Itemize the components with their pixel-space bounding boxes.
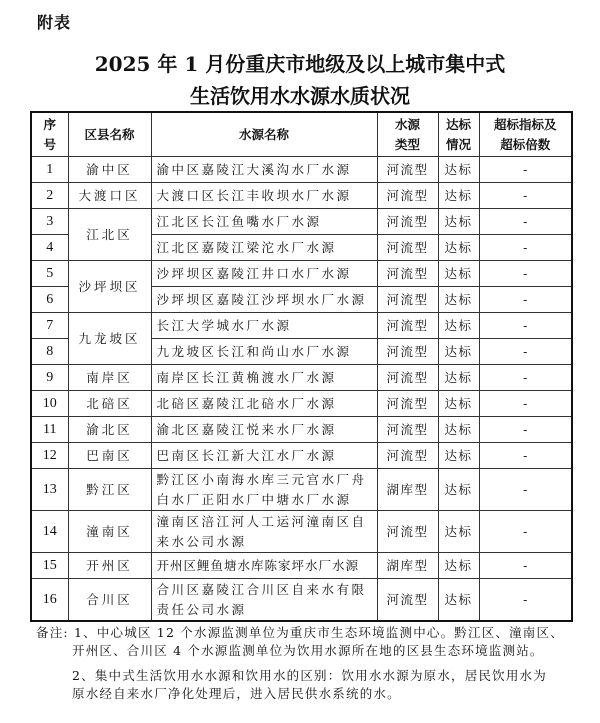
cell-seq: 2: [31, 183, 68, 209]
note-2-line-2: 原水经自来水厂净化处理后，进入居民供水系统的水。: [36, 685, 576, 703]
cell-district: 渝北区: [68, 417, 151, 443]
cell-seq: 16: [31, 579, 68, 622]
cell-source: 九龙坡区长江和尚山水厂水源: [151, 339, 377, 365]
cell-exceed: -: [479, 365, 572, 391]
cell-status: 达标: [438, 511, 479, 553]
cell-district: 渝中区: [68, 157, 151, 183]
cell-status: 达标: [438, 313, 479, 339]
cell-status: 达标: [438, 553, 479, 579]
cell-district: 黔江区: [68, 469, 151, 511]
note-1-line-2: 开州区、合川区 4 个水源监测单位为饮用水源所在地的区县生态环境监测站。: [36, 642, 576, 660]
header-source: 水源名称: [151, 112, 377, 157]
cell-status: 达标: [438, 365, 479, 391]
table-row: 7 九龙坡区 长江大学城水厂水源 河流型 达标 -: [31, 313, 572, 339]
header-type: 水源类型: [377, 112, 438, 157]
table-row: 12 巴南区 巴南区长江新大江水厂水源 河流型 达标 -: [31, 443, 572, 469]
water-quality-table: 序号 区县名称 水源名称 水源类型 达标情况 超标指标及超标倍数 1 渝中区 渝…: [30, 111, 573, 622]
cell-district: 南岸区: [68, 365, 151, 391]
cell-seq: 7: [31, 313, 68, 339]
table-row: 13 黔江区 黔江区小南海水库三元宫水厂舟白水厂正阳水厂中塘水厂水源 湖库型 达…: [31, 469, 572, 511]
cell-status: 达标: [438, 235, 479, 261]
cell-status: 达标: [438, 469, 479, 511]
cell-district: 潼南区: [68, 511, 151, 553]
cell-status: 达标: [438, 183, 479, 209]
cell-district: 沙坪坝区: [68, 261, 151, 313]
table-row: 14 潼南区 潼南区涪江河人工运河潼南区自来水公司水源 河流型 达标 -: [31, 511, 572, 553]
cell-status: 达标: [438, 339, 479, 365]
cell-seq: 15: [31, 553, 68, 579]
table-row: 11 渝北区 渝北区嘉陵江悦来水厂水源 河流型 达标 -: [31, 417, 572, 443]
cell-type: 湖库型: [377, 469, 438, 511]
cell-type: 河流型: [377, 417, 438, 443]
table-row: 15 开州区 开州区鲤鱼塘水库陈家坪水厂水源 湖库型 达标 -: [31, 553, 572, 579]
notes-section: 备注: 1、中心城区 12 个水源监测单位为重庆市生态环境监测中心。黔江区、潼南…: [36, 624, 576, 703]
cell-source: 南岸区长江黄桷渡水厂水源: [151, 365, 377, 391]
note-2-line-1: 2、集中式生活饮用水水源和饮用水的区别：饮用水水源为原水，居民饮用水为: [36, 667, 576, 685]
cell-district: 合川区: [68, 579, 151, 622]
cell-type: 河流型: [377, 339, 438, 365]
cell-seq: 9: [31, 365, 68, 391]
cell-seq: 3: [31, 209, 68, 235]
cell-exceed: -: [479, 235, 572, 261]
cell-exceed: -: [479, 157, 572, 183]
header-status: 达标情况: [438, 112, 479, 157]
cell-district: 大渡口区: [68, 183, 151, 209]
cell-type: 河流型: [377, 287, 438, 313]
cell-district: 九龙坡区: [68, 313, 151, 365]
cell-source: 沙坪坝区嘉陵江井口水厂水源: [151, 261, 377, 287]
cell-exceed: -: [479, 287, 572, 313]
cell-district: 开州区: [68, 553, 151, 579]
page-title-line-1: 2025 年 1 月份重庆市地级及以上城市集中式: [0, 48, 600, 77]
cell-seq: 14: [31, 511, 68, 553]
cell-type: 河流型: [377, 313, 438, 339]
cell-type: 河流型: [377, 511, 438, 553]
cell-status: 达标: [438, 443, 479, 469]
cell-source: 江北区长江鱼嘴水厂水源: [151, 209, 377, 235]
cell-district: 江北区: [68, 209, 151, 261]
cell-district: 北碚区: [68, 391, 151, 417]
cell-source: 渝中区嘉陵江大溪沟水厂水源: [151, 157, 377, 183]
cell-exceed: -: [479, 417, 572, 443]
cell-exceed: -: [479, 209, 572, 235]
cell-exceed: -: [479, 339, 572, 365]
cell-exceed: -: [479, 183, 572, 209]
cell-source: 潼南区涪江河人工运河潼南区自来水公司水源: [151, 511, 377, 553]
cell-source: 合川区嘉陵江合川区自来水有限责任公司水源: [151, 579, 377, 622]
table-header-row: 序号 区县名称 水源名称 水源类型 达标情况 超标指标及超标倍数: [31, 112, 572, 157]
cell-type: 湖库型: [377, 553, 438, 579]
cell-source: 北碚区嘉陵江北碚水厂水源: [151, 391, 377, 417]
page-title-line-2: 生活饮用水水源水质状况: [0, 80, 600, 109]
cell-source: 长江大学城水厂水源: [151, 313, 377, 339]
cell-status: 达标: [438, 391, 479, 417]
cell-type: 河流型: [377, 443, 438, 469]
cell-seq: 4: [31, 235, 68, 261]
cell-exceed: -: [479, 443, 572, 469]
cell-type: 河流型: [377, 157, 438, 183]
header-seq: 序号: [31, 112, 68, 157]
cell-seq: 10: [31, 391, 68, 417]
appendix-label: 附表: [37, 10, 71, 33]
cell-exceed: -: [479, 261, 572, 287]
cell-status: 达标: [438, 209, 479, 235]
cell-seq: 12: [31, 443, 68, 469]
notes-label: 备注:: [36, 625, 69, 640]
header-district: 区县名称: [68, 112, 151, 157]
cell-seq: 1: [31, 157, 68, 183]
table-row: 9 南岸区 南岸区长江黄桷渡水厂水源 河流型 达标 -: [31, 365, 572, 391]
cell-exceed: -: [479, 579, 572, 622]
note-1-line-1: 备注: 1、中心城区 12 个水源监测单位为重庆市生态环境监测中心。黔江区、潼南…: [36, 624, 576, 642]
table-row: 1 渝中区 渝中区嘉陵江大溪沟水厂水源 河流型 达标 -: [31, 157, 572, 183]
cell-type: 河流型: [377, 183, 438, 209]
cell-district: 巴南区: [68, 443, 151, 469]
cell-exceed: -: [479, 511, 572, 553]
table-row: 5 沙坪坝区 沙坪坝区嘉陵江井口水厂水源 河流型 达标 -: [31, 261, 572, 287]
table-row: 3 江北区 江北区长江鱼嘴水厂水源 河流型 达标 -: [31, 209, 572, 235]
cell-status: 达标: [438, 579, 479, 622]
table-row: 2 大渡口区 大渡口区长江丰收坝水厂水源 河流型 达标 -: [31, 183, 572, 209]
cell-type: 河流型: [377, 209, 438, 235]
cell-seq: 11: [31, 417, 68, 443]
cell-source: 开州区鲤鱼塘水库陈家坪水厂水源: [151, 553, 377, 579]
cell-source: 大渡口区长江丰收坝水厂水源: [151, 183, 377, 209]
cell-type: 河流型: [377, 579, 438, 622]
cell-source: 渝北区嘉陵江悦来水厂水源: [151, 417, 377, 443]
cell-status: 达标: [438, 287, 479, 313]
cell-type: 河流型: [377, 365, 438, 391]
cell-type: 河流型: [377, 235, 438, 261]
cell-source: 沙坪坝区嘉陵江沙坪坝水厂水源: [151, 287, 377, 313]
cell-exceed: -: [479, 391, 572, 417]
cell-status: 达标: [438, 157, 479, 183]
cell-seq: 6: [31, 287, 68, 313]
cell-status: 达标: [438, 261, 479, 287]
cell-exceed: -: [479, 469, 572, 511]
cell-exceed: -: [479, 313, 572, 339]
cell-seq: 8: [31, 339, 68, 365]
header-exceed: 超标指标及超标倍数: [479, 112, 572, 157]
cell-status: 达标: [438, 417, 479, 443]
cell-seq: 5: [31, 261, 68, 287]
cell-seq: 13: [31, 469, 68, 511]
table-row: 16 合川区 合川区嘉陵江合川区自来水有限责任公司水源 河流型 达标 -: [31, 579, 572, 622]
table-row: 10 北碚区 北碚区嘉陵江北碚水厂水源 河流型 达标 -: [31, 391, 572, 417]
cell-exceed: -: [479, 553, 572, 579]
cell-source: 江北区嘉陵江梁沱水厂水源: [151, 235, 377, 261]
cell-type: 河流型: [377, 261, 438, 287]
cell-type: 河流型: [377, 391, 438, 417]
cell-source: 黔江区小南海水库三元宫水厂舟白水厂正阳水厂中塘水厂水源: [151, 469, 377, 511]
cell-source: 巴南区长江新大江水厂水源: [151, 443, 377, 469]
